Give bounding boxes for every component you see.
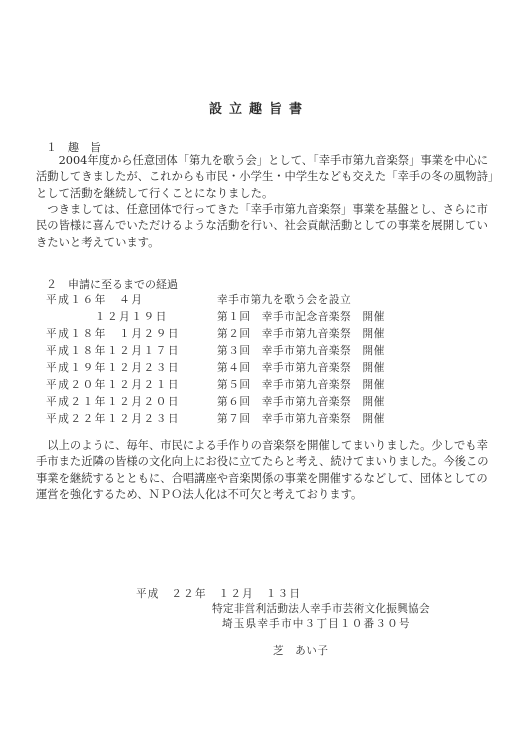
document-page: 設立趣旨書 １ 趣 旨 2004年度から任意団体「第九を歌う会」として、「幸手市… [0, 0, 518, 734]
paragraph-line: 手市また近隣の皆様の文化向上にお役に立てたらと考え、続けてまいりました。今後この [36, 454, 490, 470]
history-event: 第５回 幸手市第九音楽祭 開催 [217, 377, 385, 392]
history-date: 平成１９年１２月２３日 [46, 360, 180, 375]
history-row: 平成２０年１２月２１日 第５回 幸手市第九音楽祭 開催 [46, 377, 486, 393]
paragraph-line: 事業を継続するとともに、合唱講座や音楽関係の事業を開催するなどして、団体としての [36, 471, 490, 487]
history-event: 第３回 幸手市第九音楽祭 開催 [217, 343, 385, 358]
history-date: 平成２２年１２月２３日 [46, 411, 180, 426]
paragraph-line: つきましては、任意団体で行ってきた「幸手市第九音楽祭」事業を基盤とし、さらに市 [36, 202, 490, 218]
history-event: 第１回 幸手市記念音楽祭 開催 [217, 309, 385, 324]
history-date: 平成１８年 １月２９日 [46, 326, 180, 341]
history-date: 平成１８年１２月１７日 [46, 343, 180, 358]
signature-address: 埼玉県幸手市中３丁目１０番３０号 [222, 616, 411, 631]
section1-paragraph1: 2004年度から任意団体「第九を歌う会」として、「幸手市第九音楽祭」事業を中心に… [36, 153, 490, 202]
paragraph-line: 2004年度から任意団体「第九を歌う会」として、「幸手市第九音楽祭」事業を中心に [36, 153, 490, 169]
history-row: 平成１８年 １月２９日 第２回 幸手市第九音楽祭 開催 [46, 326, 486, 342]
history-row: １２月１９日 第１回 幸手市記念音楽祭 開催 [46, 309, 486, 325]
history-date: １２月１９日 [46, 309, 168, 324]
section1-paragraph2: つきましては、任意団体で行ってきた「幸手市第九音楽祭」事業を基盤とし、さらに市 … [36, 202, 490, 251]
history-event: 第７回 幸手市第九音楽祭 開催 [217, 411, 385, 426]
history-row: 平成２２年１２月２３日 第７回 幸手市第九音楽祭 開催 [46, 411, 486, 427]
history-row: 平成１９年１２月２３日 第４回 幸手市第九音楽祭 開催 [46, 360, 486, 376]
paragraph-line: きたいと考えています。 [36, 235, 490, 251]
section2-heading: ２ 申請に至るまでの経過 [46, 276, 178, 292]
history-event: 幸手市第九を歌う会を設立 [217, 292, 351, 307]
history-row: 平成１６年 ４月 幸手市第九を歌う会を設立 [46, 292, 486, 308]
history-event: 第２回 幸手市第九音楽祭 開催 [217, 326, 385, 341]
document-title: 設立趣旨書 [0, 98, 518, 117]
paragraph-line: として活動を継続して行くことになりました。 [36, 186, 490, 202]
history-date: 平成２０年１２月２１日 [46, 377, 180, 392]
signature-date: 平成 ２２年 １２月 １３日 [136, 586, 301, 601]
paragraph-line: 運営を強化するため、ＮＰＯ法人化は不可欠と考えております。 [36, 487, 490, 503]
paragraph-line: 活動してきましたが、これからも市民・小学生・中学生なども交えた「幸手の冬の風物詩… [36, 169, 490, 185]
history-event: 第６回 幸手市第九音楽祭 開催 [217, 394, 385, 409]
history-date: 平成２１年１２月２０日 [46, 394, 180, 409]
signature-organization: 特定非営利活動法人幸手市芸術文化振興協会 [212, 601, 430, 616]
signature-name: 芝 あい子 [273, 643, 328, 658]
paragraph-line: 以上のように、毎年、市民による手作りの音楽祭を開催してまいりました。少しでも幸 [36, 438, 490, 454]
paragraph-line: 民の皆様に喜んでいただけるような活動を行い、社会貢献活動としての事業を展開してい [36, 218, 490, 234]
conclusion-paragraph: 以上のように、毎年、市民による手作りの音楽祭を開催してまいりました。少しでも幸 … [36, 438, 490, 503]
history-row: 平成１８年１２月１７日 第３回 幸手市第九音楽祭 開催 [46, 343, 486, 359]
history-row: 平成２１年１２月２０日 第６回 幸手市第九音楽祭 開催 [46, 394, 486, 410]
history-date: 平成１６年 ４月 [46, 292, 144, 307]
history-event: 第４回 幸手市第九音楽祭 開催 [217, 360, 385, 375]
